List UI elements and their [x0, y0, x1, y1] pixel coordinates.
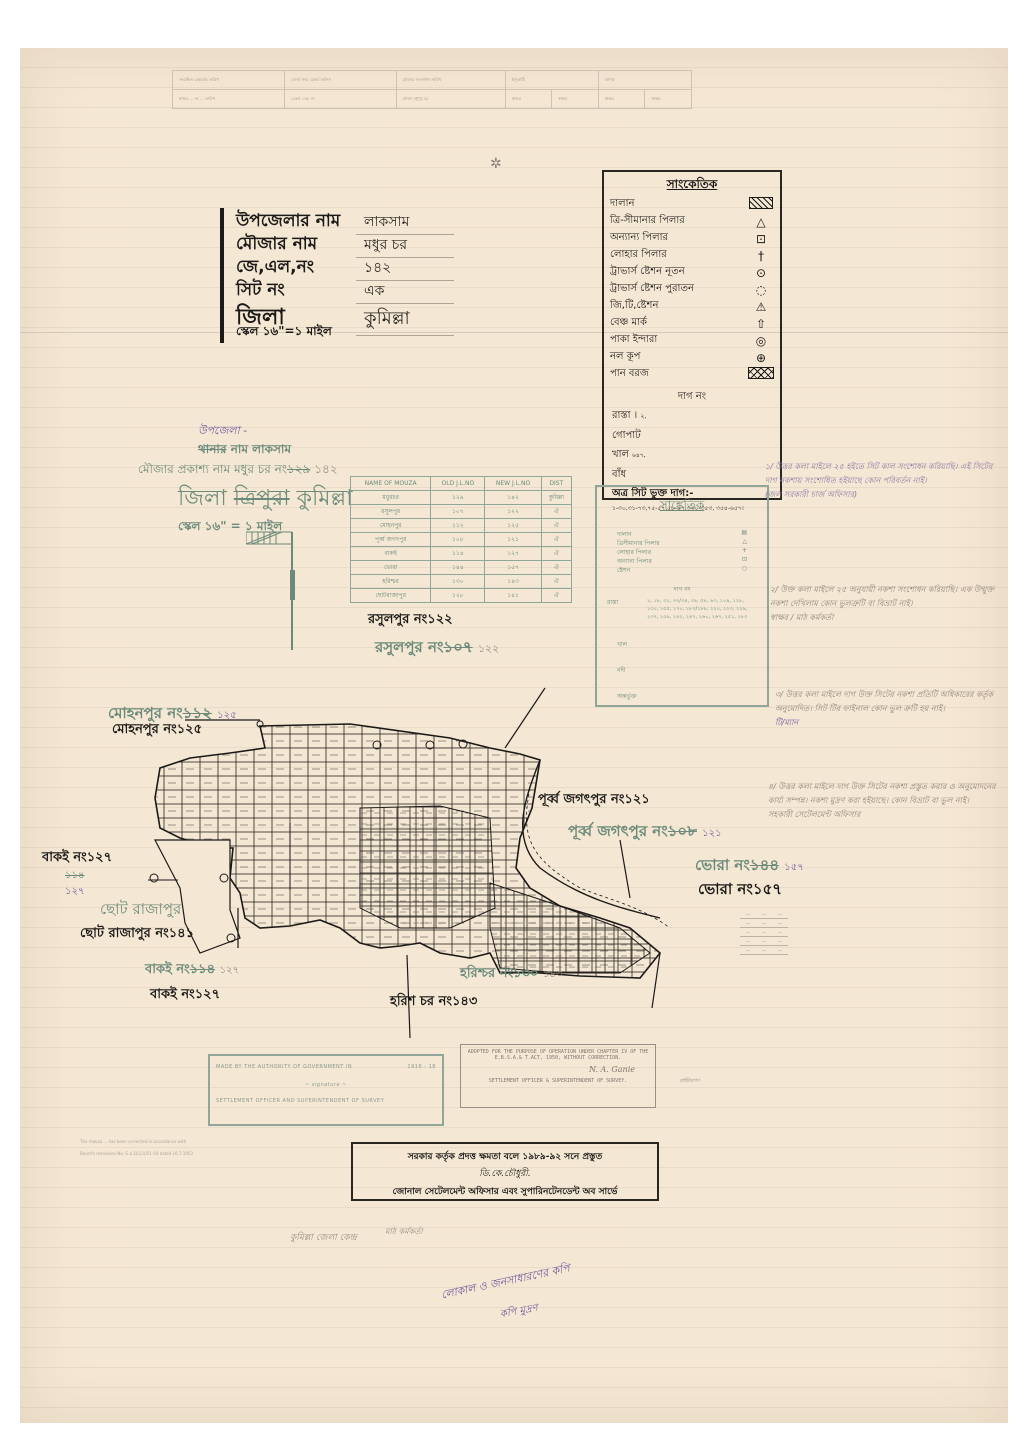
- rasulpur-old-num: ১০৭: [443, 638, 472, 656]
- label-bora-old: ভোরা নং১৪৪ ১৫৭: [695, 854, 804, 879]
- authority-box-1916: MADE BY THE AUTHORITY OF GOVERNMENT IN19…: [208, 1054, 444, 1126]
- label-bakai-bottom-new: বাকই নং১২৭: [150, 985, 220, 1006]
- survey-years: 1916 - 18: [407, 1064, 436, 1070]
- adopted-officer-text: SETTLEMENT OFFICER & SUPERINTENDENT OF S…: [461, 1074, 655, 1084]
- bora-old-name: ভোরা নং: [695, 856, 750, 874]
- handwritten-note: মাঠ কর্মকর্তা: [385, 1226, 423, 1239]
- label-bakai-bottom-old: বাকই নং১১৪ ১২৭: [145, 960, 239, 981]
- harish-old-num: ১৩০: [513, 966, 538, 981]
- bora-note: ১৫৭: [784, 862, 803, 873]
- handwritten-note: লোকাল ও জনসাধারণের কপি: [439, 1260, 571, 1306]
- label-purba-jagatpur-new: পূর্ব্ব জগৎপুর নং১২১: [538, 790, 650, 811]
- adopted-text: ADOPTED FOR THE PURPOSE OF OPERATION UND…: [461, 1045, 655, 1061]
- printed-correction-note: The mouza ... has been corrected in acco…: [80, 1136, 193, 1160]
- label-chhoto-rajapur-old: ছোট রাজাপুর: [100, 898, 181, 923]
- rasulpur-note: ১২২: [478, 642, 499, 655]
- map-sheet: সংরক্ষিত রেকর্ডের তারিখ জেলা সদর রেকর্ড …: [20, 48, 1008, 1423]
- settlement-officer-text: SETTLEMENT OFFICER AND SUPERINTENDENT OF…: [210, 1088, 442, 1104]
- bengali-authority-line: সরকার কর্তৃক প্রদত্ত ক্ষমতা বলে ১৯৮৯-৯২ …: [353, 1149, 657, 1164]
- made-by-text: MADE BY THE AUTHORITY OF GOVERNMENT IN: [216, 1064, 352, 1070]
- purba-old-name: পূর্ব্ব জগৎপুর নং: [568, 822, 668, 840]
- adopted-signature: N. A. Ganie: [461, 1065, 655, 1074]
- bakai-bottom-old-num: ১১৪: [190, 962, 215, 977]
- label-purba-jagatpur-old: পূর্ব্ব জগৎপুর নং১০৮ ১২১: [568, 820, 722, 845]
- purba-note: ১২১: [702, 828, 721, 839]
- authority-box-1950: ADOPTED FOR THE PURPOSE OF OPERATION UND…: [460, 1044, 656, 1108]
- label-bakai-old-num: ১১৪: [65, 868, 84, 885]
- printed-note-line1: The mouza ... has been corrected in acco…: [80, 1136, 193, 1148]
- bakai-bottom-old-name: বাকই নং: [145, 962, 190, 977]
- label-bakai-new: বাকই নং১২৭: [42, 848, 112, 869]
- bengali-signature: ডি.কে.চৌধুরী.: [353, 1166, 657, 1181]
- harish-old-name: হরিশ্চর নং: [460, 966, 513, 981]
- mohanpur-note: ১২৫: [217, 710, 236, 721]
- bakai-bottom-note: ১২৭: [220, 965, 240, 976]
- bengali-officer-line: জোনাল সেটেলমেন্ট অফিসার এবং সুপারিনটেনডে…: [353, 1184, 657, 1199]
- rasulpur-old-name: রসুলপুর নং: [375, 638, 443, 656]
- bora-old-num: ১৪৪: [750, 856, 779, 874]
- label-harishchar-new: হরিশ চর নং১৪৩: [390, 992, 477, 1013]
- label-rasulpur-old: রসুলপুর নং১০৭ ১২২: [375, 636, 499, 661]
- harish-note: ১৪৩: [543, 969, 562, 980]
- label-chhoto-rajapur-new: ছোট রাজাপুর নং১৪১: [80, 924, 194, 945]
- label-rasulpur-new: রসুলপুর নং১২২: [368, 610, 453, 631]
- label-mohanpur-new: মোহনপুর নং১২৫: [112, 720, 202, 741]
- authority-box-1989: সরকার কর্তৃক প্রদত্ত ক্ষমতা বলে ১৯৮৯-৯২ …: [351, 1142, 659, 1201]
- reader-label: রাইটারগণ: [680, 1078, 700, 1086]
- printed-note-line2: Board's resolution No. G.a.1/(12)/51-54 …: [80, 1148, 193, 1160]
- label-bora-new: ভোরা নং১৫৭: [698, 878, 782, 903]
- purba-old-num: ১০৮: [668, 822, 697, 840]
- label-bakai-note: ১২৭: [65, 884, 85, 901]
- label-harishchar-old: হরিশ্চর নং১৩০ ১৪৩: [460, 964, 562, 985]
- handwritten-note: কপি মুদ্রণ: [499, 1301, 539, 1324]
- reader-table: ——— ——— ——— ——— ———: [740, 910, 788, 955]
- handwritten-note: কুমিল্লা জেলা কেন্দ্র: [290, 1230, 357, 1245]
